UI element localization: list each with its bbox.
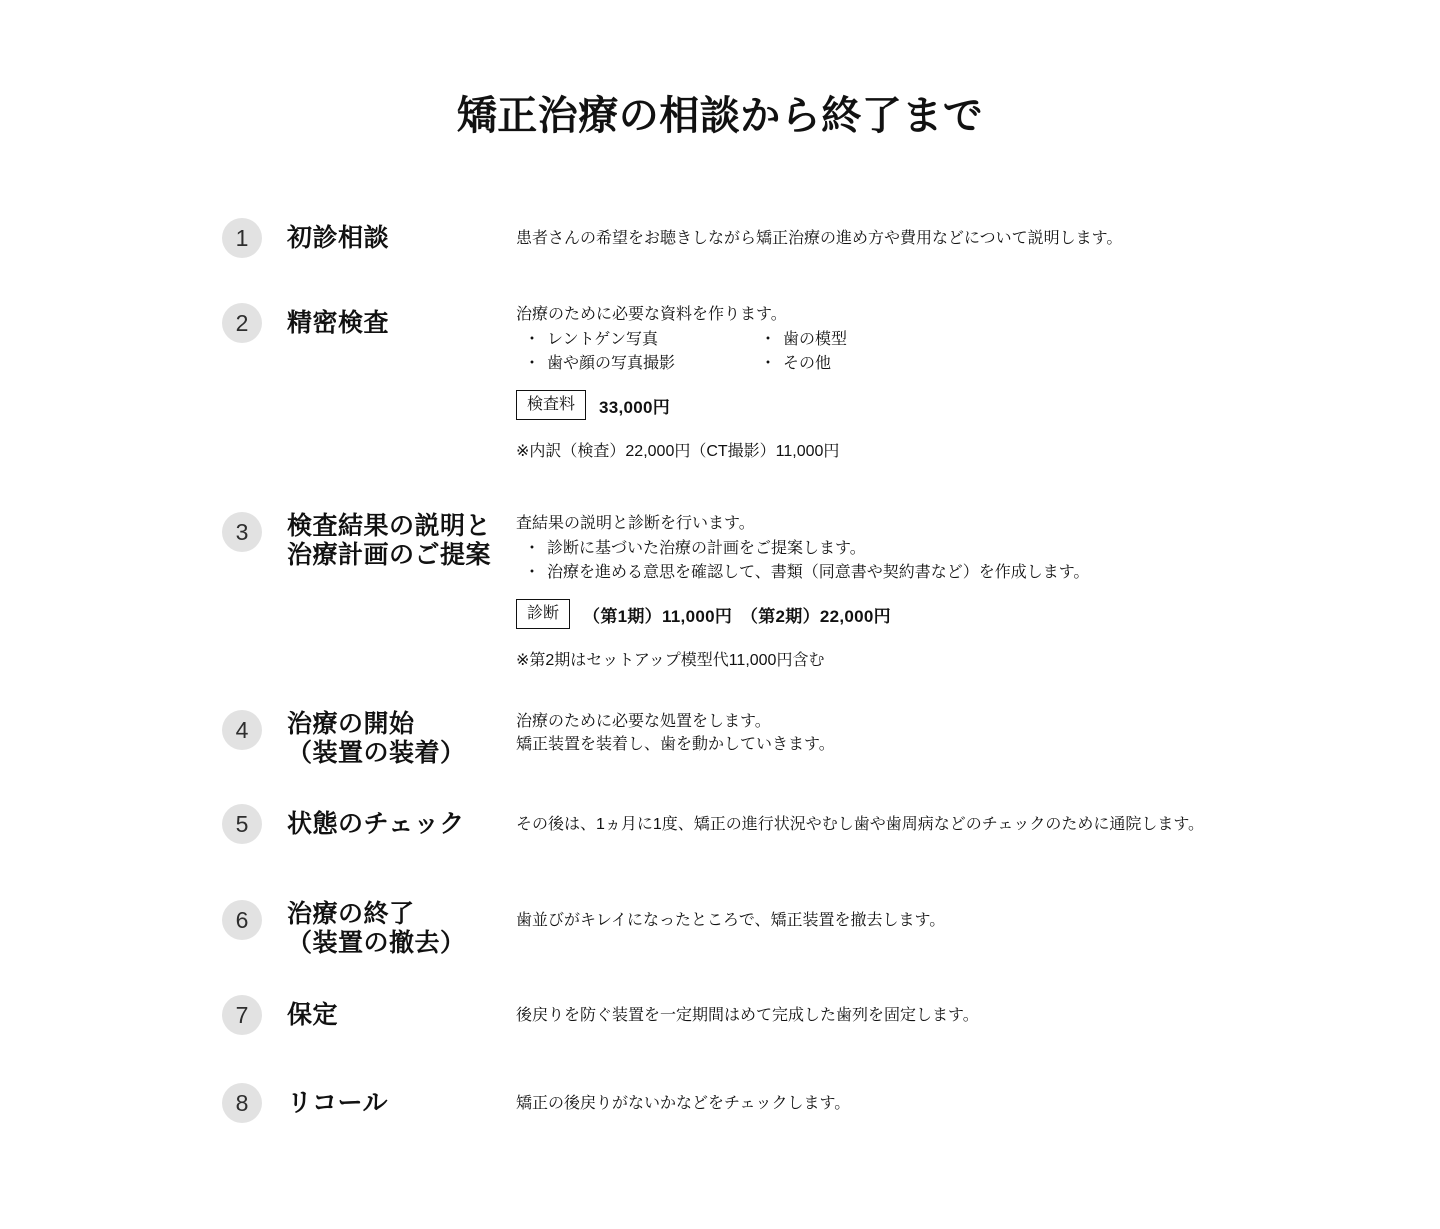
description-line: 矯正の後戻りがないかなどをチェックします。 (516, 1092, 1218, 1115)
step-number: 1 (236, 227, 249, 250)
step-description: 査結果の説明と診断を行います。・診断に基づいた治療の計画をご提案します。・治療を… (516, 512, 1218, 672)
fee-line: 検査料33,000円 (516, 390, 1218, 420)
step-title-line: 初診相談 (287, 224, 516, 253)
step-row: 6治療の終了（装置の撤去）歯並びがキレイになったところで、矯正装置を撤去します。 (222, 900, 1218, 958)
step-title-line: 保定 (287, 1001, 516, 1030)
bullet-list: ・診断に基づいた治療の計画をご提案します。・治療を進める意思を確認して、書類（同… (516, 537, 1218, 585)
step-row: 5状態のチェックその後は、1ヵ月に1度、矯正の進行状況やむし歯や歯周病などのチェ… (222, 804, 1218, 844)
bullet-item: ・診断に基づいた治療の計画をご提案します。 (516, 537, 1089, 561)
description-line: 査結果の説明と診断を行います。 (516, 512, 1218, 535)
description-line: その後は、1ヵ月に1度、矯正の進行状況やむし歯や歯周病などのチェックのために通院… (516, 813, 1218, 836)
step-number-badge: 7 (222, 995, 262, 1035)
step-title: 状態のチェック (287, 804, 516, 844)
step-description: 治療のために必要な処置をします。矯正装置を装着し、歯を動かしていきます。 (516, 710, 1218, 756)
step-row: 8リコール矯正の後戻りがないかなどをチェックします。 (222, 1083, 1218, 1123)
step-row: 1初診相談患者さんの希望をお聴きしながら矯正治療の進め方や費用などについて説明し… (222, 218, 1218, 258)
step-title: 治療の開始（装置の装着） (287, 710, 516, 768)
bullet-column: ・診断に基づいた治療の計画をご提案します。・治療を進める意思を確認して、書類（同… (516, 537, 1089, 585)
step-title: 初診相談 (287, 218, 516, 258)
step-number: 4 (236, 719, 249, 742)
step-number: 7 (236, 1004, 249, 1027)
description-line: 歯並びがキレイになったところで、矯正装置を撤去します。 (516, 909, 1218, 932)
step-description: 後戻りを防ぐ装置を一定期間はめて完成した歯列を固定します。 (516, 995, 1218, 1035)
step-row: 4治療の開始（装置の装着）治療のために必要な処置をします。矯正装置を装着し、歯を… (222, 710, 1218, 768)
step-title-line: リコール (287, 1089, 516, 1118)
fee-box-label: 診断 (516, 599, 570, 629)
fee-amount: 33,000円 (599, 393, 670, 418)
step-number-badge: 2 (222, 303, 262, 343)
step-title: 検査結果の説明と治療計画のご提案 (287, 512, 516, 570)
step-title-line: 精密検査 (287, 309, 516, 338)
bullet-item: ・治療を進める意思を確認して、書類（同意書や契約書など）を作成します。 (516, 561, 1089, 585)
fee-line: 診断（第1期）11,000円 （第2期）22,000円 (516, 599, 1218, 629)
step-title-line: 治療の終了 (287, 900, 516, 929)
fee-box-label: 検査料 (516, 390, 586, 420)
bullet-dot-icon: ・ (760, 331, 776, 348)
step-number: 2 (236, 312, 249, 335)
bullet-text: 歯や顔の写真撮影 (547, 355, 675, 372)
step-description: 歯並びがキレイになったところで、矯正装置を撤去します。 (516, 900, 1218, 940)
step-title: リコール (287, 1083, 516, 1123)
description-line: 矯正装置を装着し、歯を動かしていきます。 (516, 733, 1218, 756)
bullet-column: ・歯の模型・その他 (752, 328, 847, 376)
step-description: 患者さんの希望をお聴きしながら矯正治療の進め方や費用などについて説明します。 (516, 218, 1218, 258)
step-number-badge: 6 (222, 900, 262, 940)
bullet-list: ・レントゲン写真・歯や顔の写真撮影・歯の模型・その他 (516, 328, 1218, 376)
step-number: 6 (236, 909, 249, 932)
step-title-line: 状態のチェック (287, 810, 516, 839)
bullet-text: 歯の模型 (783, 331, 847, 348)
description-line: 後戻りを防ぐ装置を一定期間はめて完成した歯列を固定します。 (516, 1004, 1218, 1027)
step-number: 5 (236, 813, 249, 836)
step-title-line: （装置の装着） (287, 739, 516, 768)
fee-amount: （第1期）11,000円 （第2期）22,000円 (583, 602, 891, 627)
bullet-dot-icon: ・ (760, 355, 776, 372)
description-line: 治療のために必要な資料を作ります。 (516, 303, 1218, 326)
step-title-line: 検査結果の説明と (287, 512, 516, 541)
step-title-line: （装置の撤去） (287, 929, 516, 958)
bullet-dot-icon: ・ (524, 331, 540, 348)
step-row: 7保定後戻りを防ぐ装置を一定期間はめて完成した歯列を固定します。 (222, 995, 1218, 1035)
page: 矯正治療の相談から終了まで 1初診相談患者さんの希望をお聴きしながら矯正治療の進… (0, 0, 1440, 1229)
bullet-item: ・歯の模型 (752, 328, 847, 352)
bullet-column: ・レントゲン写真・歯や顔の写真撮影 (516, 328, 752, 376)
step-row: 2精密検査治療のために必要な資料を作ります。・レントゲン写真・歯や顔の写真撮影・… (222, 303, 1218, 463)
step-number-badge: 5 (222, 804, 262, 844)
step-title-line: 治療の開始 (287, 710, 516, 739)
bullet-dot-icon: ・ (524, 564, 540, 581)
description-line: 治療のために必要な処置をします。 (516, 710, 1218, 733)
step-number-badge: 1 (222, 218, 262, 258)
step-description: 治療のために必要な資料を作ります。・レントゲン写真・歯や顔の写真撮影・歯の模型・… (516, 303, 1218, 463)
steps-list: 1初診相談患者さんの希望をお聴きしながら矯正治療の進め方や費用などについて説明し… (222, 218, 1218, 1123)
bullet-text: その他 (783, 355, 831, 372)
description-line: 患者さんの希望をお聴きしながら矯正治療の進め方や費用などについて説明します。 (516, 227, 1218, 250)
step-title-line: 治療計画のご提案 (287, 541, 516, 570)
step-description: その後は、1ヵ月に1度、矯正の進行状況やむし歯や歯周病などのチェックのために通院… (516, 804, 1218, 844)
bullet-item: ・その他 (752, 352, 847, 376)
bullet-text: 治療を進める意思を確認して、書類（同意書や契約書など）を作成します。 (547, 564, 1089, 581)
fee-note: ※内訳（検査）22,000円（CT撮影）11,000円 (516, 440, 1218, 463)
step-title: 治療の終了（装置の撤去） (287, 900, 516, 958)
bullet-dot-icon: ・ (524, 355, 540, 372)
bullet-text: レントゲン写真 (547, 331, 658, 348)
step-number: 8 (236, 1092, 249, 1115)
step-title: 精密検査 (287, 303, 516, 343)
step-row: 3検査結果の説明と治療計画のご提案査結果の説明と診断を行います。・診断に基づいた… (222, 512, 1218, 672)
bullet-dot-icon: ・ (524, 540, 540, 557)
step-number: 3 (236, 521, 249, 544)
bullet-text: 診断に基づいた治療の計画をご提案します。 (547, 540, 866, 557)
step-number-badge: 4 (222, 710, 262, 750)
bullet-item: ・歯や顔の写真撮影 (516, 352, 752, 376)
step-number-badge: 8 (222, 1083, 262, 1123)
bullet-item: ・レントゲン写真 (516, 328, 752, 352)
step-title: 保定 (287, 995, 516, 1035)
fee-note: ※第2期はセットアップ模型代11,000円含む (516, 649, 1218, 672)
step-number-badge: 3 (222, 512, 262, 552)
step-description: 矯正の後戻りがないかなどをチェックします。 (516, 1083, 1218, 1123)
page-title: 矯正治療の相談から終了まで (0, 93, 1440, 140)
